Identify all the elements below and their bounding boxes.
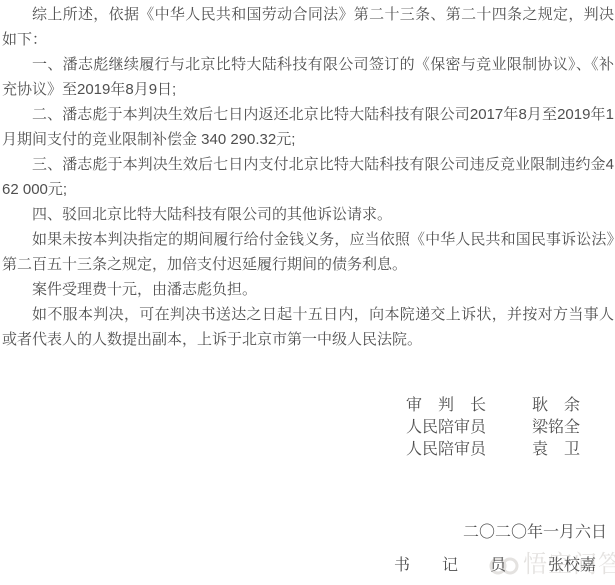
signature-row-juror-2: 人民陪审员 袁 卫 xyxy=(2,439,614,461)
judgment-date: 二〇二〇年一月六日 xyxy=(2,520,614,545)
paragraph-late-payment-interest: 如果未按本判决指定的期间履行给付金钱义务，应当依照《中华人民共和国民事诉讼法》第… xyxy=(2,227,614,277)
clerk-row: 书 记 员 张校嘉 xyxy=(2,555,614,577)
clerk-title: 书 记 员 xyxy=(394,555,506,577)
signature-title: 人民陪审员 xyxy=(406,417,486,439)
signature-title: 审 判 长 xyxy=(406,395,486,417)
signature-name: 梁铭全 xyxy=(532,417,582,439)
signature-row-juror-1: 人民陪审员 梁铭全 xyxy=(2,417,614,439)
judgment-page: 综上所述，依据《中华人民共和国劳动合同法》第二十三条、第二十四条之规定，判决如下… xyxy=(0,0,615,585)
signature-title: 人民陪审员 xyxy=(406,439,486,461)
clerk-name: 张校嘉 xyxy=(548,555,596,577)
judgment-body: 综上所述，依据《中华人民共和国劳动合同法》第二十三条、第二十四条之规定，判决如下… xyxy=(2,2,614,352)
paragraph-ruling-item-3: 三、潘志彪于本判决生效后七日内支付北京比特大陆科技有限公司违反竞业限制违约金46… xyxy=(2,152,614,202)
paragraph-ruling-item-4: 四、驳回北京比特大陆科技有限公司的其他诉讼请求。 xyxy=(2,202,614,227)
paragraph-ruling-item-2: 二、潘志彪于本判决生效后七日内返还北京比特大陆科技有限公司2017年8月至201… xyxy=(2,102,614,152)
signature-row-presiding-judge: 审 判 长 耿 余 xyxy=(2,395,614,417)
signature-block: 审 判 长 耿 余 人民陪审员 梁铭全 人民陪审员 袁 卫 xyxy=(2,395,614,461)
paragraph-ruling-item-1: 一、潘志彪继续履行与北京比特大陆科技有限公司签订的《保密与竞业限制协议》、《补充… xyxy=(2,52,614,102)
paragraph-appeal-notice: 如不服本判决，可在判决书送达之日起十五日内，向本院递交上诉状，并按对方当事人或者… xyxy=(2,302,614,352)
signature-name: 耿 余 xyxy=(532,395,582,417)
paragraph-court-fee: 案件受理费十元，由潘志彪负担。 xyxy=(2,277,614,302)
paragraph-ruling-intro: 综上所述，依据《中华人民共和国劳动合同法》第二十三条、第二十四条之规定，判决如下… xyxy=(2,2,614,52)
signature-name: 袁 卫 xyxy=(532,439,582,461)
